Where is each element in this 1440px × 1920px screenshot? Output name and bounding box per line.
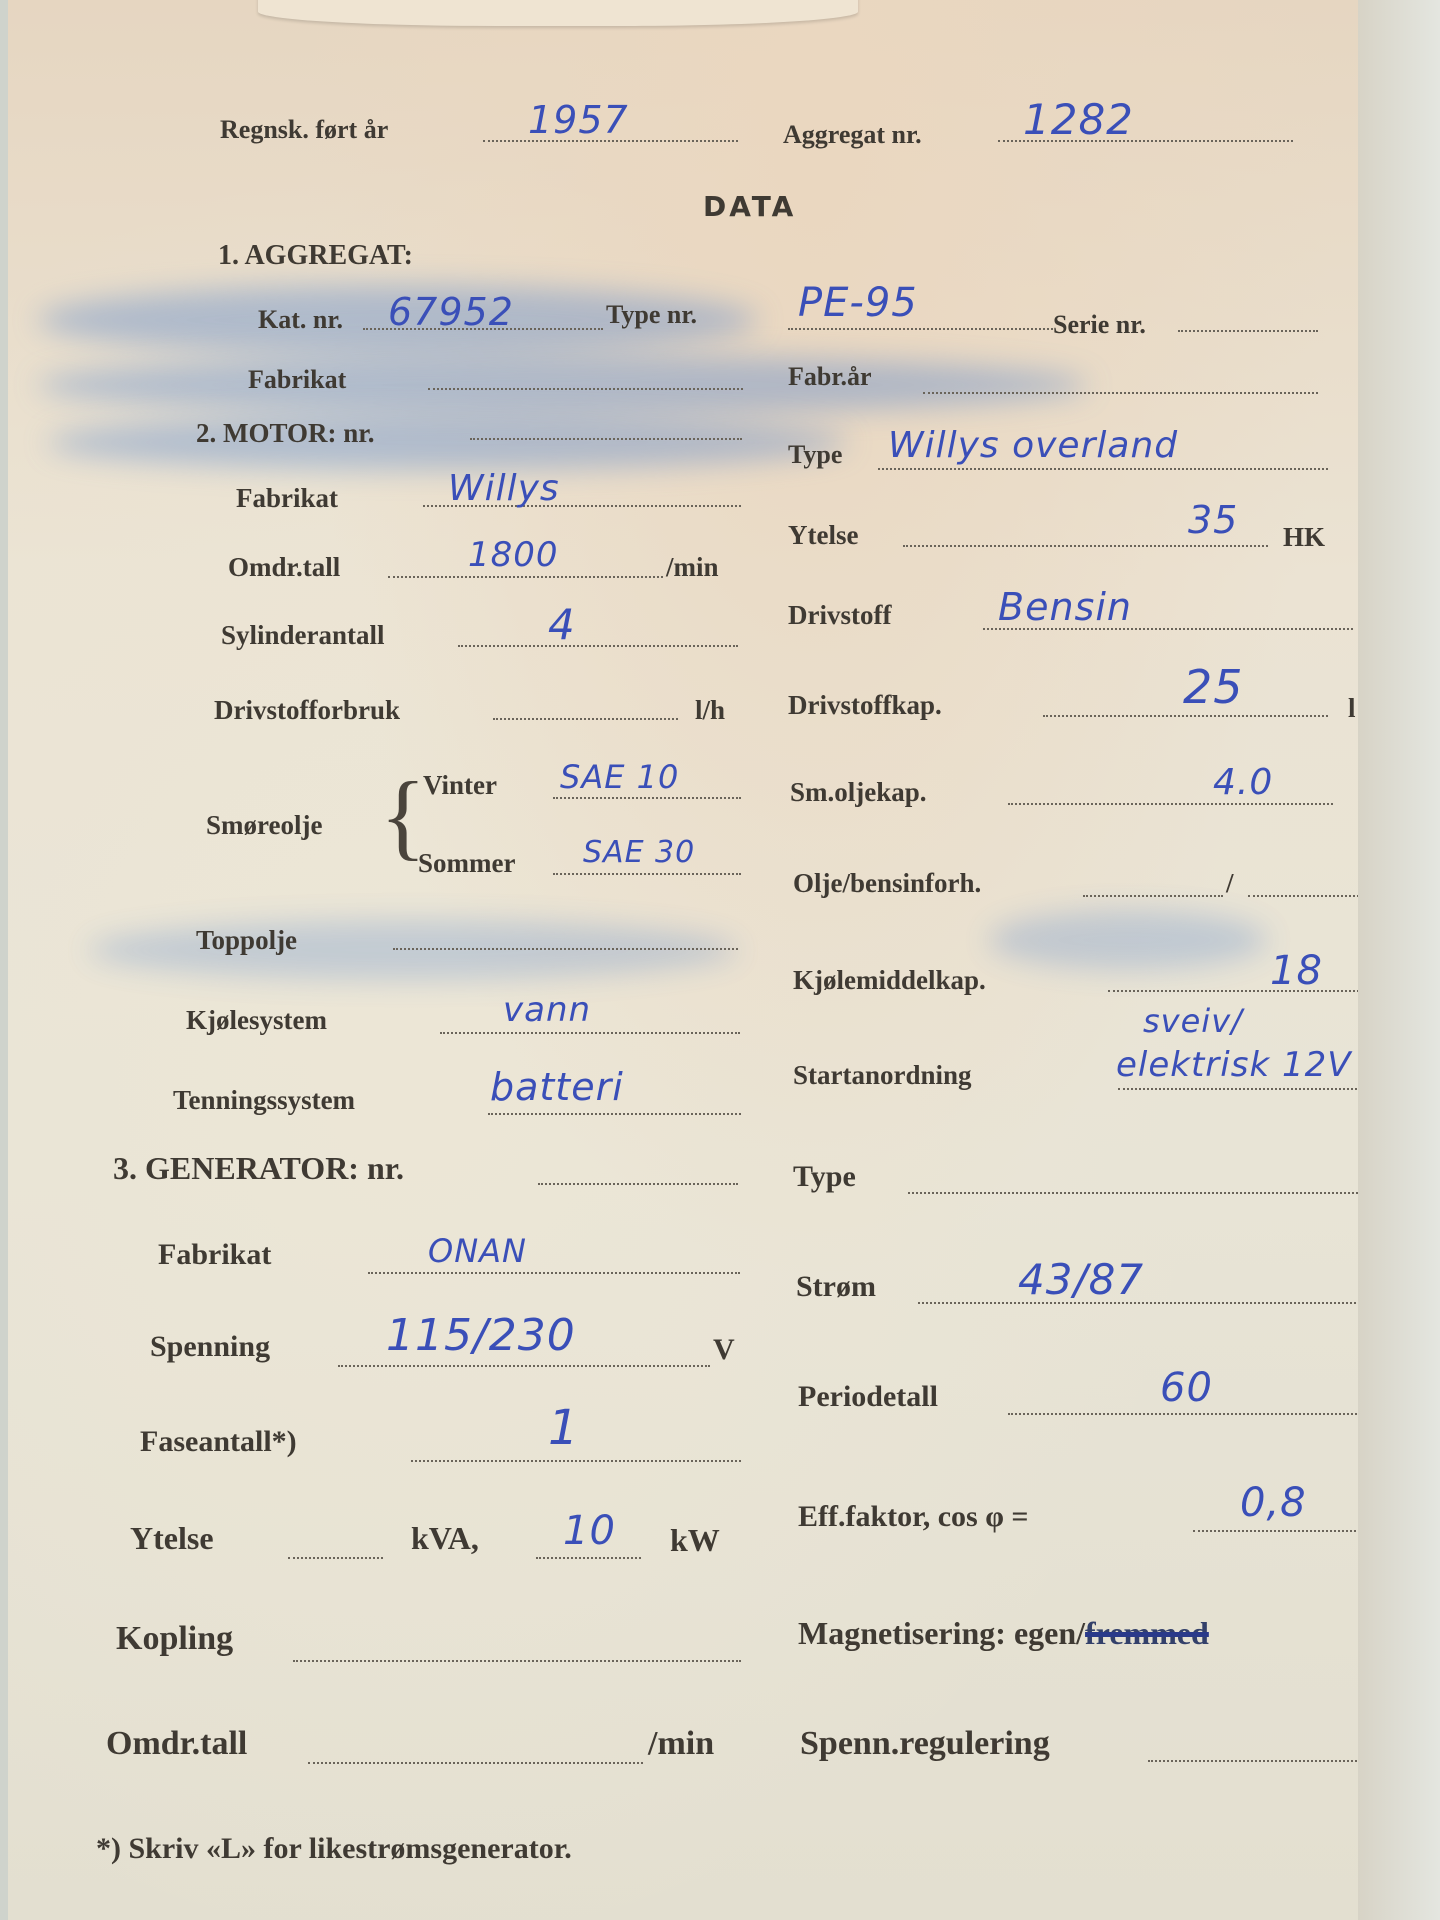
torn-paper-edge (258, 0, 858, 26)
generator-fabrikat-field[interactable] (368, 1272, 740, 1274)
fase-field[interactable] (411, 1460, 741, 1462)
type-nr-label: Type nr. (606, 300, 697, 330)
generator-ytelse-label: Ytelse (130, 1520, 214, 1557)
ink-blot (988, 910, 1268, 970)
smoljekap-field[interactable] (1008, 803, 1333, 805)
sylinder-label: Sylinderantall (221, 620, 385, 651)
kjolemiddel-value: 18 (1270, 948, 1323, 994)
generator-nr-field[interactable] (538, 1183, 738, 1185)
olje-field[interactable] (1083, 895, 1223, 897)
fase-value: 1 (548, 1400, 580, 1456)
kw-field[interactable] (536, 1557, 641, 1559)
startanordning-value-line2: elektrisk 12V (1116, 1045, 1351, 1085)
periode-label: Periodetall (798, 1380, 938, 1414)
spenning-value: 115/230 (386, 1310, 576, 1361)
generator-omdr-field[interactable] (308, 1762, 643, 1764)
generator-type-label: Type (793, 1160, 856, 1194)
magnetisering-label: Magnetisering: egen/fremmed (798, 1615, 1209, 1652)
footnote: *) Skriv «L» for likestrømsgenerator. (96, 1832, 572, 1866)
page-title: DATA (703, 190, 796, 223)
spenn-regulering-label: Spenn.regulering (800, 1725, 1050, 1763)
fabr-ar-field[interactable] (923, 392, 1318, 394)
aggregat-fabrikat-field[interactable] (428, 388, 743, 390)
fase-label: Faseantall*) (140, 1425, 297, 1459)
aggregat-nr-label: Aggregat nr. (783, 120, 922, 150)
generator-fabrikat-value: ONAN (428, 1232, 527, 1270)
drivstoffkap-unit: l (1348, 693, 1356, 724)
motor-omdr-label: Omdr.tall (228, 552, 340, 583)
motor-ytelse-unit: HK (1283, 522, 1325, 553)
kjolesystem-label: Kjølesystem (186, 1005, 327, 1036)
fabr-ar-label: Fabr.år (788, 362, 872, 392)
motor-fabrikat-value: Willys (448, 468, 560, 509)
sylinder-field[interactable] (458, 645, 738, 647)
olje-bensin-label: Olje/bensinforh. (793, 868, 981, 899)
kjolemiddel-field[interactable] (1108, 990, 1363, 992)
aggregat-nr-value: 1282 (1023, 95, 1134, 144)
serie-nr-field[interactable] (1178, 330, 1318, 332)
ink-blot (38, 355, 1088, 415)
generator-type-field[interactable] (908, 1192, 1418, 1194)
drivstoffkap-label: Drivstoffkap. (788, 690, 942, 721)
strom-field[interactable] (918, 1302, 1388, 1304)
ink-blot (48, 415, 848, 470)
motor-type-value: Willys overland (888, 425, 1178, 466)
drivstoff-label: Drivstoff (788, 600, 891, 631)
periode-value: 60 (1160, 1365, 1213, 1411)
sylinder-value: 4 (548, 600, 576, 649)
tenning-value: batteri (490, 1065, 624, 1109)
smoreolje-label: Smøreolje (206, 810, 322, 841)
smoljekap-value: 4.0 (1213, 762, 1273, 803)
magnetisering-text: Magnetisering: egen/ (798, 1615, 1085, 1651)
forbruk-unit: l/h (695, 695, 725, 726)
motor-omdr-unit: /min (666, 552, 719, 583)
periode-field[interactable] (1008, 1413, 1380, 1415)
kjolesystem-field[interactable] (440, 1032, 740, 1034)
regnsk-value: 1957 (528, 98, 629, 142)
startanordning-label: Startanordning (793, 1060, 972, 1091)
motor-type-label: Type (788, 440, 842, 470)
kjolesystem-value: vann (503, 990, 591, 1030)
startanordning-value-line1: sveiv/ (1143, 1002, 1243, 1040)
motor-ytelse-field[interactable] (903, 545, 1268, 547)
generator-fabrikat-label: Fabrikat (158, 1238, 271, 1272)
motor-type-field[interactable] (878, 468, 1328, 470)
forbruk-field[interactable] (493, 718, 678, 720)
eff-faktor-label: Eff.faktor, cos φ = (798, 1500, 1029, 1534)
kw-unit: kW (670, 1522, 720, 1559)
strom-value: 43/87 (1018, 1255, 1144, 1304)
motor-heading: 2. MOTOR: nr. (196, 418, 375, 449)
strom-label: Strøm (796, 1270, 876, 1304)
spenning-label: Spenning (150, 1330, 270, 1364)
generator-omdr-unit: /min (648, 1725, 714, 1763)
motor-ytelse-label: Ytelse (788, 520, 858, 551)
kat-nr-value: 67952 (388, 290, 514, 334)
spenning-unit: V (713, 1333, 735, 1367)
magnetisering-struck-option: fremmed (1085, 1615, 1209, 1651)
sommer-field[interactable] (553, 873, 741, 875)
regnsk-label: Regnsk. ført år (220, 115, 388, 145)
toppolje-label: Toppolje (196, 925, 297, 956)
drivstoffkap-field[interactable] (1043, 715, 1328, 717)
kw-value: 10 (563, 1508, 616, 1554)
vinter-value: SAE 10 (560, 758, 679, 796)
vinter-field[interactable] (553, 797, 741, 799)
eff-faktor-value: 0,8 (1240, 1480, 1307, 1526)
motor-ytelse-value: 35 (1188, 498, 1238, 542)
form-sheet: Regnsk. ført år 1957 Aggregat nr. 1282 D… (8, 0, 1358, 1920)
aggregat-fabrikat-label: Fabrikat (248, 365, 346, 395)
kopling-label: Kopling (116, 1620, 233, 1658)
spenning-field[interactable] (338, 1365, 710, 1367)
kat-nr-label: Kat. nr. (258, 305, 343, 335)
kva-unit: kVA, (411, 1520, 479, 1557)
background-surface (1358, 0, 1440, 1920)
kva-field[interactable] (288, 1557, 383, 1559)
toppolje-field[interactable] (393, 948, 738, 950)
ink-blot (88, 920, 738, 980)
sommer-value: SAE 30 (583, 835, 695, 870)
kjolemiddel-label: Kjølemiddelkap. (793, 965, 986, 996)
motor-omdr-value: 1800 (468, 535, 559, 575)
forbruk-label: Drivstofforbruk (214, 695, 400, 726)
tenning-label: Tenningssystem (173, 1085, 355, 1116)
olje-bensin-sep: / (1226, 868, 1234, 899)
generator-omdr-label: Omdr.tall (106, 1725, 247, 1763)
motor-nr-field[interactable] (470, 438, 742, 440)
motor-omdr-field[interactable] (388, 576, 663, 578)
type-nr-value: PE-95 (798, 280, 918, 326)
kopling-field[interactable] (293, 1660, 741, 1662)
vinter-label: Vinter (423, 770, 497, 801)
serie-nr-label: Serie nr. (1053, 310, 1146, 340)
type-nr-field[interactable] (788, 328, 1053, 330)
motor-fabrikat-label: Fabrikat (236, 483, 338, 514)
smoljekap-label: Sm.oljekap. (790, 777, 927, 808)
drivstoff-value: Bensin (998, 585, 1132, 629)
generator-heading: 3. GENERATOR: nr. (113, 1150, 404, 1187)
tenning-field[interactable] (488, 1113, 741, 1115)
sommer-label: Sommer (418, 848, 515, 879)
aggregat-heading: 1. AGGREGAT: (218, 240, 413, 272)
drivstoffkap-value: 25 (1183, 660, 1244, 714)
